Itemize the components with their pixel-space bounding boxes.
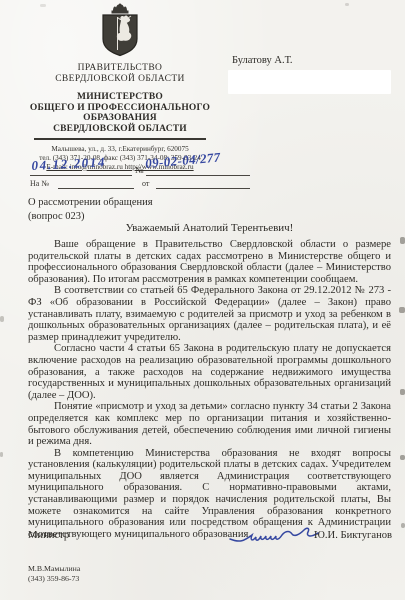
scan-smudge [0,316,4,322]
ministry-line: СВЕРДЛОВСКОЙ ОБЛАСТИ [28,124,212,135]
incoming-from-label: от [142,179,149,188]
addressee-name: Булатову А.Т. [232,55,293,66]
body-paragraph: Ваше обращение в Правительство Свердловс… [28,239,391,285]
body-paragraph: Понятие «присмотр и уход за детьми» согл… [28,401,391,447]
incoming-number-label: На № [30,179,49,188]
number-blank-line [146,175,250,176]
incoming-ref-row: На № от [30,177,260,191]
minister-signature-icon [228,521,320,549]
body-paragraph: Согласно части 4 статьи 65 Закона в роди… [28,343,391,401]
scan-smudge [40,4,46,7]
number-sign: № [135,165,144,175]
executor-phone: (343) 359-86-73 [28,574,80,584]
body-paragraph: В соответствии со статьей 65 Федеральног… [28,285,391,343]
coat-of-arms-icon [97,3,143,57]
subject-block: О рассмотрении обращения (вопрос 023) [28,196,153,223]
signer-title: Министр [28,530,69,541]
letterhead-divider [34,138,206,140]
letter-body: Ваше обращение в Правительство Свердловс… [28,239,391,540]
scan-smudge [400,389,405,395]
scan-smudge [0,452,3,457]
signer-name: Ю.И. Биктуганов [314,530,392,541]
government-line: СВЕРДЛОВСКОЙ ОБЛАСТИ [28,74,212,85]
incoming-number-blank-line [58,188,134,189]
subject-line: (вопрос 023) [28,210,153,224]
scan-smudge [400,237,405,244]
scan-smudge [345,3,349,6]
ministry-line: ОБРАЗОВАНИЯ [28,113,212,124]
redacted-address-box [228,70,391,94]
body-paragraph: В компетенцию Министерства образования н… [28,448,391,541]
handwritten-date: 04.12.2014 [31,154,106,174]
scanned-letter-page: ПРАВИТЕЛЬСТВО СВЕРДЛОВСКОЙ ОБЛАСТИ МИНИС… [0,0,405,600]
scan-smudge [399,307,405,313]
executor-name: М.В.Мамылина [28,564,80,574]
scan-smudge [401,523,405,528]
salutation: Уважаемый Анатолий Терентьевич! [28,222,391,234]
subject-line: О рассмотрении обращения [28,196,153,210]
government-name: ПРАВИТЕЛЬСТВО СВЕРДЛОВСКОЙ ОБЛАСТИ [28,63,212,85]
date-blank-line [30,175,132,176]
ministry-line: МИНИСТЕРСТВО [28,92,212,103]
government-line: ПРАВИТЕЛЬСТВО [28,63,212,74]
executor-block: М.В.Мамылина (343) 359-86-73 [28,564,80,583]
scan-smudge [400,455,405,460]
incoming-from-blank-line [156,188,250,189]
ministry-line: ОБЩЕГО И ПРОФЕССИОНАЛЬНОГО [28,103,212,114]
ministry-name: МИНИСТЕРСТВО ОБЩЕГО И ПРОФЕССИОНАЛЬНОГО … [28,92,212,134]
letterhead: ПРАВИТЕЛЬСТВО СВЕРДЛОВСКОЙ ОБЛАСТИ МИНИС… [28,3,212,171]
